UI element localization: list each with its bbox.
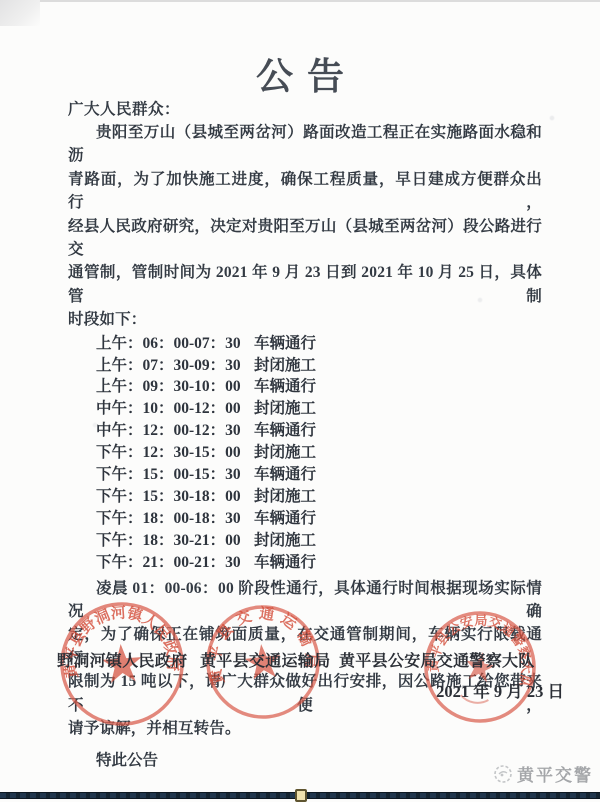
intro-line: 经县人民政府研究，决定对贵阳至万山（县城至两岔河）段公路进行交 (68, 215, 542, 262)
paragraph-intro: 贵阳至万山（县城至两岔河）路面改造工程正在实施路面水稳和沥 青路面，为了加快施工… (68, 121, 542, 332)
schedule-time: 上午：06：00-07：30 (96, 333, 254, 355)
svg-text:黄平县交通运输局: 黄平县交通运输局 (199, 598, 321, 686)
schedule-row: 上午：07：30-09：30 封闭施工 (96, 355, 542, 377)
schedule-row: 下午：21：00-21：30 车辆通行 (96, 552, 542, 574)
schedule-time: 中午：10：00-12：00 (96, 398, 254, 420)
schedule-status: 封闭施工 (254, 486, 316, 508)
intro-line: 青路面，为了加快施工进度，确保工程质量，早日建成方便群众出行， (68, 168, 542, 215)
schedule-time: 上午：09：30-10：00 (96, 376, 254, 398)
document-date: 2021 年 9 月 23 日 (436, 678, 564, 702)
schedule-row: 下午：15：00-15：30 车辆通行 (96, 464, 542, 486)
schedule-row: 中午：10：00-12：00 封闭施工 (96, 398, 542, 420)
schedule-status: 封闭施工 (254, 398, 316, 420)
schedule-status: 封闭施工 (254, 442, 316, 464)
intro-line: 贵阳至万山（县城至两岔河）路面改造工程正在实施路面水稳和沥 (68, 121, 542, 168)
schedule-row: 上午：06：00-07：30 车辆通行 (96, 333, 542, 355)
schedule-status: 封闭施工 (254, 530, 316, 552)
traffic-schedule: 上午：06：00-07：30 车辆通行 上午：07：30-09：30 封闭施工 … (96, 333, 542, 574)
schedule-status: 车辆通行 (254, 552, 316, 574)
schedule-row: 中午：12：00-12：30 车辆通行 (96, 420, 542, 442)
schedule-time: 下午：12：30-15：00 (96, 442, 254, 464)
schedule-status: 车辆通行 (254, 333, 316, 355)
scan-shadow-top-left (0, 0, 40, 26)
schedule-status: 车辆通行 (254, 376, 316, 398)
intro-line: 通管制，管制时间为 2021 年 9 月 23 日到 2021 年 10 月 2… (68, 261, 542, 308)
scan-top-edge-line (0, 0, 600, 2)
watermark-label: 黄平交警 (517, 761, 593, 786)
sign-off: 特此公告 (96, 748, 542, 770)
signature-traffic-police: 黄平县公安局交通警察大队 (339, 648, 535, 671)
watermark: 黄平交警 (493, 761, 593, 786)
signature-town-government: 野洞河镇人民政府 (57, 648, 187, 671)
schedule-time: 下午：18：30-21：00 (96, 530, 254, 552)
seal-ring-text: 黄平县交通运输局 (199, 598, 321, 686)
schedule-status: 车辆通行 (254, 464, 316, 486)
schedule-time: 下午：21：00-21：30 (96, 552, 254, 574)
page-title: 公告 (0, 46, 600, 100)
schedule-time: 下午：15：30-18：00 (96, 486, 254, 508)
schedule-time: 下午：15：00-15：30 (96, 464, 254, 486)
signature-transport-bureau: 黄平县交通运输局 (200, 648, 330, 671)
salutation: 广大人民群众： (68, 99, 542, 121)
schedule-row: 下午：18：30-21：00 封闭施工 (96, 530, 542, 552)
scanned-announcement-page: 公告 广大人民群众： 贵阳至万山（县城至两岔河）路面改造工程正在实施路面水稳和沥… (0, 0, 600, 802)
scrubber-handle[interactable] (295, 789, 307, 802)
schedule-time: 下午：18：00-18：30 (96, 508, 254, 530)
schedule-status: 车辆通行 (254, 420, 316, 442)
schedule-row: 下午：15：30-18：00 封闭施工 (96, 486, 542, 508)
police-badge-icon (493, 764, 513, 784)
schedule-row: 下午：12：30-15：00 封闭施工 (96, 442, 542, 464)
intro-line: 时段如下： (68, 308, 542, 331)
schedule-status: 封闭施工 (254, 355, 316, 377)
schedule-status: 车辆通行 (254, 508, 316, 530)
schedule-row: 上午：09：30-10：00 车辆通行 (96, 376, 542, 398)
schedule-time: 上午：07：30-09：30 (96, 355, 254, 377)
schedule-time: 中午：12：00-12：30 (96, 420, 254, 442)
schedule-row: 下午：18：00-18：30 车辆通行 (96, 508, 542, 530)
